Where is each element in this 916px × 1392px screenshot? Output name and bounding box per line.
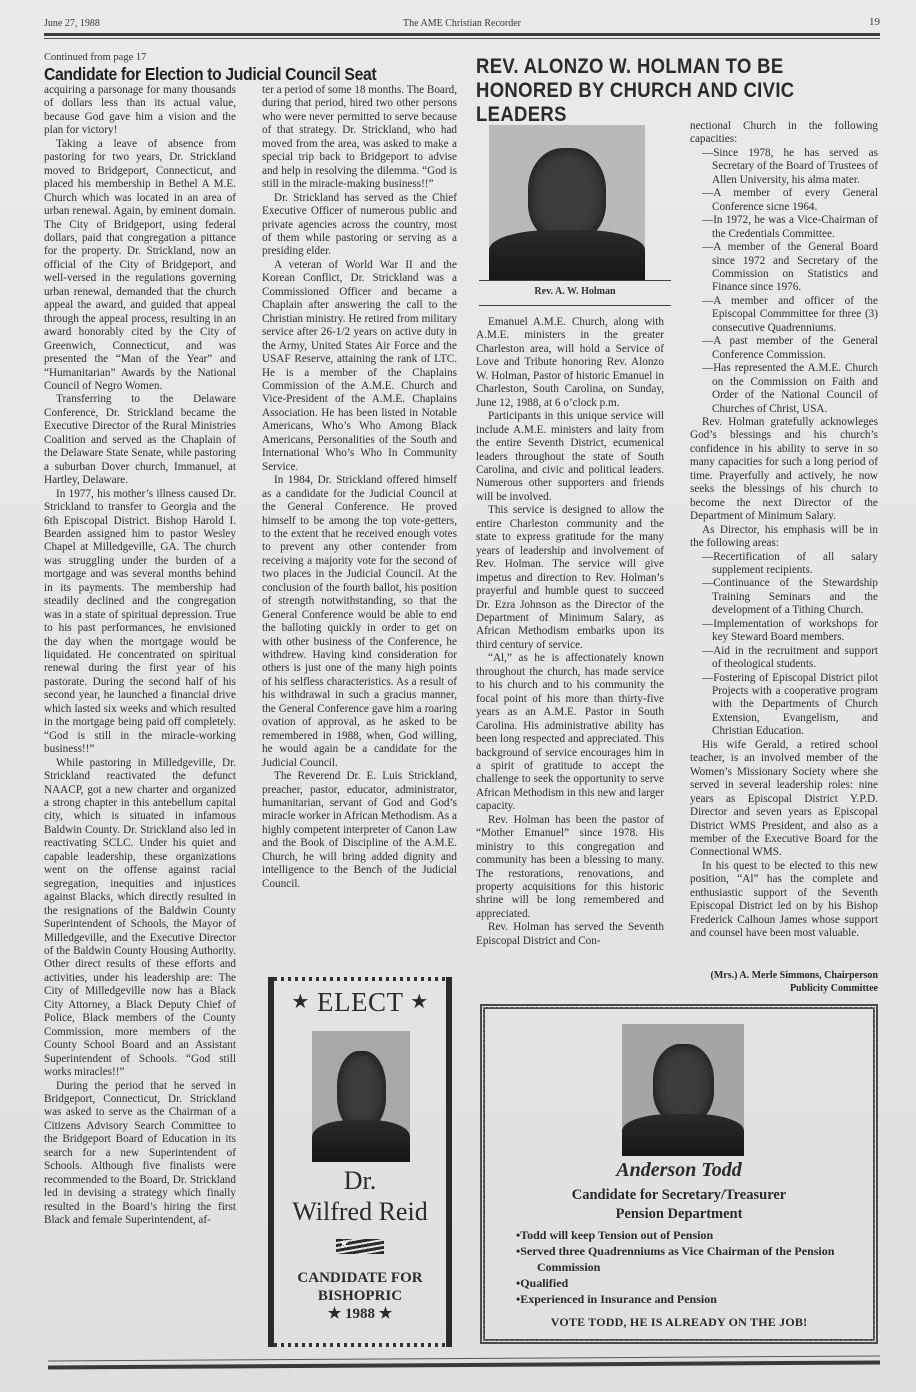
list-item: —A past member of the General Conference… — [690, 335, 878, 362]
footer-rule — [48, 1360, 880, 1369]
publication-name: The AME Christian Recorder — [44, 18, 880, 29]
paragraph: Emanuel A.M.E. Church, along with A.M.E.… — [476, 316, 664, 410]
paragraph: While pastoring in Milledgeville, Dr. St… — [44, 757, 236, 1080]
candidate-name: Dr. Wilfred Reid — [274, 1165, 446, 1227]
candidacy-line: Pension Department — [485, 1205, 873, 1224]
elect-label: ELECT — [317, 987, 403, 1017]
paragraph: This service is designed to allow the en… — [476, 504, 664, 652]
newspaper-page: June 27, 1988 The AME Christian Recorder… — [0, 0, 916, 1392]
candidacy-text: Candidate for Secretary/Treasurer Pensio… — [485, 1186, 873, 1224]
paragraph: Dr. Strickland has served as the Chief E… — [262, 192, 457, 259]
signoff-committee: Publicity Committee — [690, 983, 878, 996]
paragraph: A veteran of World War II and the Korean… — [262, 259, 457, 474]
article-headline-judicial-council: Candidate for Election to Judicial Counc… — [44, 64, 376, 85]
list-item: —Continuance of the Stewardship Training… — [690, 577, 878, 617]
page-number: 19 — [869, 16, 880, 28]
paragraph: Participants in this unique service will… — [476, 410, 664, 504]
list-item: —Implementation of workshops for key Ste… — [690, 618, 878, 645]
continued-note: Continued from page 17 — [44, 52, 146, 63]
article-signoff: (Mrs.) A. Merle Simmons, Chairperson Pub… — [690, 970, 878, 995]
paragraph: As Director, his emphasis will be in the… — [690, 524, 878, 551]
list-item: —Aid in the recruitment and support of t… — [690, 645, 878, 672]
photo-caption: Rev. A. W. Holman — [479, 286, 671, 297]
list-item: •Served three Quadrenniums as Vice Chair… — [510, 1243, 858, 1259]
caption-rule — [479, 305, 671, 306]
article-column-3: Emanuel A.M.E. Church, along with A.M.E.… — [476, 316, 664, 948]
list-item: —In 1972, he was a Vice-Chairman of the … — [690, 214, 878, 241]
paragraph: Rev. Holman gratefully acknowleges God’s… — [690, 416, 878, 524]
list-item: —Has represented the A.M.E. Church on th… — [690, 362, 878, 416]
list-item: —A member of the General Board since 197… — [690, 241, 878, 295]
article-column-4: nectional Church in the following capaci… — [690, 120, 878, 941]
portrait-photo-wilfred-reid — [312, 1031, 410, 1162]
paragraph: In 1984, Dr. Strickland offered himself … — [262, 474, 457, 770]
name-full: Wilfred Reid — [274, 1196, 446, 1227]
masthead-rule — [44, 33, 880, 36]
caption-rule — [479, 280, 671, 281]
candidate-name: Anderson Todd — [485, 1159, 873, 1182]
paragraph: In his quest to be elected to this new p… — [690, 860, 878, 941]
candidacy-line: Candidate for Secretary/Treasurer — [485, 1186, 873, 1205]
ad-elect-wilfred-reid: ★ ELECT ★ Dr. Wilfred Reid CANDIDATE FOR… — [268, 977, 452, 1347]
star-icon: ★ — [410, 991, 428, 1013]
star-icon: ★ — [291, 991, 309, 1013]
masthead-rule-thin — [44, 38, 880, 39]
masthead: June 27, 1988 The AME Christian Recorder… — [44, 14, 880, 28]
portrait-photo-holman — [489, 125, 645, 280]
ad-slogan: VOTE TODD, HE IS ALREADY ON THE JOB! — [485, 1315, 873, 1330]
signoff-author: (Mrs.) A. Merle Simmons, Chairperson — [690, 970, 878, 983]
candidacy-text: CANDIDATE FOR BISHOPRIC ★ 1988 ★ — [274, 1269, 446, 1323]
flag-icon — [336, 1239, 384, 1254]
list-item: —Since 1978, he has served as Secretary … — [690, 147, 878, 187]
ad-elect-title: ★ ELECT ★ — [274, 987, 446, 1018]
list-item: •Qualified — [510, 1275, 858, 1291]
ad-anderson-todd: Anderson Todd Candidate for Secretary/Tr… — [480, 1004, 878, 1344]
name-title: Dr. — [274, 1165, 446, 1196]
paragraph: ter a period of some 18 months. The Boar… — [262, 84, 457, 192]
list-item: —Recertification of all salary supplemen… — [690, 551, 878, 578]
paragraph: “Al,” as he is affectionately known thro… — [476, 652, 664, 813]
paragraph: His wife Gerald, a retired school teache… — [690, 739, 878, 860]
paragraph: Rev. Holman has served the Seventh Episc… — [476, 921, 664, 948]
paragraph: In 1977, his mother’s illness caused Dr.… — [44, 488, 236, 757]
portrait-photo-anderson-todd — [622, 1024, 744, 1156]
paragraph: Rev. Holman has been the pastor of “Moth… — [476, 814, 664, 922]
article-column-2: ter a period of some 18 months. The Boar… — [262, 84, 457, 891]
candidacy-line: CANDIDATE FOR — [274, 1269, 446, 1287]
paragraph: Transferring to the Delaware Conference,… — [44, 393, 236, 487]
list-item: —Fostering of Episcopal District pilot P… — [690, 672, 878, 739]
paragraph: The Reverend Dr. E. Luis Strickland, pre… — [262, 770, 457, 891]
qualifications-list: •Todd will keep Tension out of Pension •… — [510, 1227, 858, 1307]
paragraph: During the period that he served in Brid… — [44, 1080, 236, 1228]
article-headline-holman: REV. ALONZO W. HOLMAN TO BE HONORED BY C… — [476, 54, 880, 126]
paragraph: nectional Church in the following capaci… — [690, 120, 878, 147]
list-item: —A member of every General Conference si… — [690, 187, 878, 214]
list-item: •Experienced in Insurance and Pension — [510, 1291, 858, 1307]
paragraph: Taking a leave of absence from pastoring… — [44, 138, 236, 394]
paragraph: acquiring a parsonage for many thousands… — [44, 84, 236, 138]
article-column-1: acquiring a parsonage for many thousands… — [44, 84, 236, 1228]
list-item: —A member and officer of the Episcopal C… — [690, 295, 878, 335]
candidacy-year: ★ 1988 ★ — [274, 1305, 446, 1323]
candidacy-line: BISHOPRIC — [274, 1287, 446, 1305]
list-item-continuation: Commission — [510, 1259, 858, 1275]
list-item: •Todd will keep Tension out of Pension — [510, 1227, 858, 1243]
